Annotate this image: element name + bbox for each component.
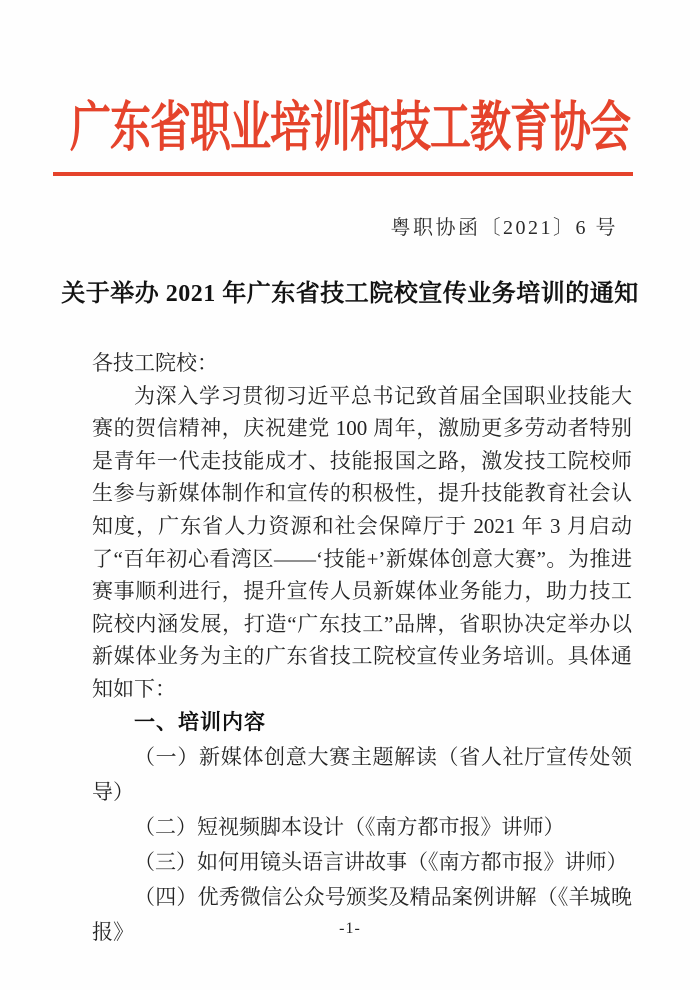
section-heading-training-content: 一、培训内容: [92, 706, 632, 740]
training-item-2: （二）短视频脚本设计（《南方都市报》讲师）: [92, 810, 632, 845]
document-body: 各技工院校： 为深入学习贯彻习近平总书记致首届全国职业技能大赛的贺信精神，庆祝建…: [92, 347, 632, 950]
document-title: 关于举办 2021 年广东省技工院校宣传业务培训的通知: [28, 273, 672, 308]
letterhead-org-name: 广东省职业培训和技工教育协会: [36, 95, 664, 158]
letterhead-divider: [53, 172, 633, 176]
salutation: 各技工院校：: [92, 347, 632, 380]
training-item-1: （一）新媒体创意大赛主题解读（省人社厅宣传处领导）: [92, 740, 632, 810]
training-item-4: （四）优秀微信公众号颁奖及精品案例讲解（《羊城晚报》: [92, 880, 632, 950]
training-item-3: （三）如何用镜头语言讲故事（《南方都市报》讲师）: [92, 845, 632, 880]
doc-number: 粤职协函〔2021〕6 号: [391, 211, 619, 240]
document-page: 广东省职业培训和技工教育协会 粤职协函〔2021〕6 号 关于举办 2021 年…: [0, 0, 700, 990]
page-number: -1-: [0, 920, 700, 938]
intro-paragraph: 为深入学习贯彻习近平总书记致首届全国职业技能大赛的贺信精神，庆祝建党 100 周…: [92, 380, 632, 706]
